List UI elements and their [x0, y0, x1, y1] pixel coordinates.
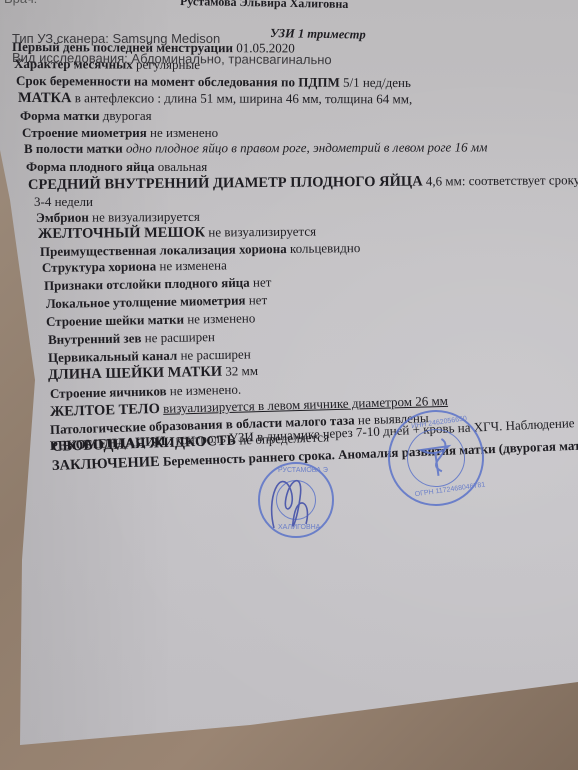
field-row: МАТКА в антефлексио : длина 51 мм, ширин…: [18, 90, 412, 108]
field-label: ЖЕЛТОЕ ТЕЛО: [50, 401, 160, 420]
field-value: 3-4 недели: [34, 194, 93, 209]
field-label: ЖЕЛТОЧНЫЙ МЕШОК: [38, 225, 205, 242]
field-value: нет: [249, 292, 268, 307]
field-label: Структура хориона: [42, 258, 156, 275]
field-value: 01.05.2020: [236, 40, 295, 55]
field-value: регулярные: [136, 57, 200, 72]
field-label: ДЛИНА ШЕЙКИ МАТКИ: [48, 364, 222, 383]
field-value: в антефлексио : длина 51 мм, ширина 46 м…: [75, 90, 413, 106]
field-value: не визуализируется: [208, 224, 316, 240]
bowl-of-hygieia-icon: [415, 434, 456, 481]
field-label: Характер месячных: [14, 56, 133, 72]
field-value: не изменено: [150, 125, 218, 140]
doctor-stamp: РУСТАМОВА Э ХАЛИГОВНА: [258, 462, 334, 538]
field-label: СРЕДНИЙ ВНУТРЕННИЙ ДИАМЕТР ПЛОДНОГО ЯЙЦА: [28, 174, 423, 193]
field-row: Первый день последней менструации 01.05.…: [12, 39, 295, 56]
field-label: Цервикальный канал: [48, 348, 178, 365]
field-row: Структура хориона не изменена: [42, 257, 227, 276]
field-label: Преимущественная локализация хориона: [40, 241, 287, 259]
field-label: Строение шейки матки: [46, 312, 184, 329]
field-row: Строение миометрия не изменено: [22, 125, 218, 141]
field-label: В полости матки: [24, 141, 123, 156]
field-row: В полости матки одно плодное яйцо в прав…: [24, 139, 487, 157]
field-value: нет: [253, 274, 272, 289]
field-label: Признаки отслойки плодного яйца: [44, 275, 250, 293]
field-label: ЗАКЛЮЧЕНИЕ: [52, 454, 160, 474]
field-value: 32 мм: [225, 363, 258, 379]
field-value: не расширен: [145, 329, 215, 345]
field-value: 4,6 мм: соответствует сроку беременности: [426, 171, 578, 188]
field-value: не изменено: [187, 310, 255, 326]
field-row: Характер месячных регулярные: [14, 56, 200, 73]
field-label: Эмбрион: [36, 210, 89, 225]
field-label: Строение миометрия: [22, 125, 147, 140]
field-row: 3-4 недели: [34, 194, 93, 210]
field-row: Эмбрион не визуализируется: [36, 209, 200, 226]
field-label: Форма матки: [20, 108, 100, 123]
clinic-stamp-inn: ИНН 2462056650: [411, 415, 467, 430]
signature-icon: [260, 458, 332, 548]
field-label: Локальное утолщение миометрия: [46, 293, 246, 311]
field-label: МАТКА: [18, 90, 72, 106]
field-value: не изменена: [159, 257, 227, 273]
field-value: двурогая: [103, 108, 152, 123]
field-label: Форма плодного яйца: [26, 159, 155, 174]
field-row: ЖЕЛТОЧНЫЙ МЕШОК не визуализируется: [38, 224, 316, 243]
field-value: не расширен: [180, 346, 250, 362]
field-row: Срок беременности на момент обследования…: [16, 73, 411, 91]
field-value: овальная: [158, 159, 207, 174]
field-value: не изменено.: [170, 382, 242, 399]
field-label: Срок беременности на момент обследования…: [16, 73, 340, 90]
field-value: не визуализируется: [92, 209, 200, 225]
field-row: Форма плодного яйца овальная: [26, 159, 207, 175]
field-value: 5/1 нед/день: [343, 75, 411, 90]
field-value: кольцевидно: [290, 240, 360, 256]
field-value: одно плодное яйцо в правом роге, эндомет…: [126, 139, 487, 155]
field-label: Первый день последней менструации: [12, 39, 233, 55]
doctor-label-fragment: Врач:: [4, 0, 37, 6]
field-row: Внутренний зев не расширен: [48, 329, 215, 348]
field-row: Форма матки двурогая: [20, 108, 152, 124]
field-label: Внутренний зев: [48, 330, 142, 347]
field-label: Строение яичников: [50, 383, 167, 401]
